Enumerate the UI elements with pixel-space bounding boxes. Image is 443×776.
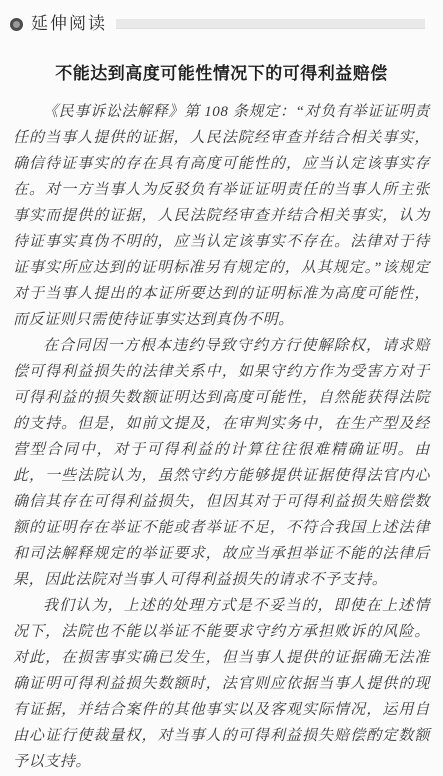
bullet-target-icon xyxy=(10,18,23,31)
article-paragraph: 在合同因一方根本违约导致守约方行使解除权，请求赔偿可得利益损失的法律关系中，如果… xyxy=(13,333,430,593)
article-title: 不能达到高度可能性情况下的可得利益赔偿 xyxy=(13,62,430,86)
book-page: 延伸阅读 不能达到高度可能性情况下的可得利益赔偿 《民事诉讼法解释》第 108 … xyxy=(0,0,443,776)
article-body: 《民事诉讼法解释》第 108 条规定：“对负有举证证明责任的当事人提供的证据，人… xyxy=(13,99,430,775)
section-header-rule xyxy=(116,19,425,29)
section-label: 延伸阅读 xyxy=(31,13,107,35)
section-header: 延伸阅读 xyxy=(10,0,430,35)
article-paragraph: 我们认为，上述的处理方式是不妥当的，即使在上述情况下，法院也不能以举证不能要求守… xyxy=(13,593,430,775)
article-paragraph: 《民事诉讼法解释》第 108 条规定：“对负有举证证明责任的当事人提供的证据，人… xyxy=(13,99,430,333)
